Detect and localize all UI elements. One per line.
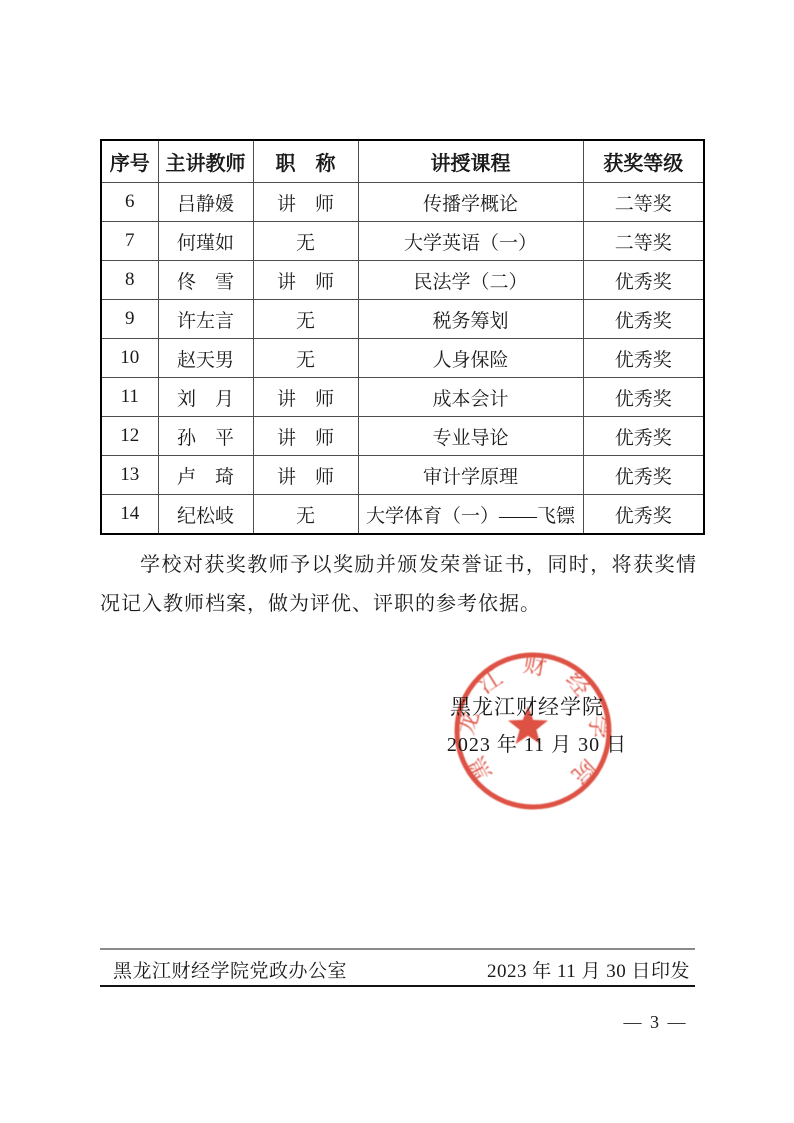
table-cell: 优秀奖 <box>583 456 704 495</box>
table-cell: 二等奖 <box>583 222 704 261</box>
table-cell: 优秀奖 <box>583 417 704 456</box>
table-cell: 专业导论 <box>358 417 583 456</box>
table-row: 14 纪松岐 无 大学体育（一）——飞镖 优秀奖 <box>101 495 704 535</box>
table-cell: 赵天男 <box>158 339 253 378</box>
table-header-row: 序号 主讲教师 职 称 讲授课程 获奖等级 <box>101 140 704 183</box>
table-cell: 大学英语（一） <box>358 222 583 261</box>
table-cell: 人身保险 <box>358 339 583 378</box>
table-cell: 许左言 <box>158 300 253 339</box>
table-cell: 讲 师 <box>253 417 358 456</box>
table-cell: 佟 雪 <box>158 261 253 300</box>
table-cell: 何瑾如 <box>158 222 253 261</box>
table-cell: 二等奖 <box>583 183 704 222</box>
table-cell: 11 <box>101 378 158 417</box>
table-row: 7 何瑾如 无 大学英语（一） 二等奖 <box>101 222 704 261</box>
header-teacher: 主讲教师 <box>158 140 253 183</box>
table-row: 6 吕静媛 讲 师 传播学概论 二等奖 <box>101 183 704 222</box>
table-cell: 讲 师 <box>253 378 358 417</box>
table-cell: 税务筹划 <box>358 300 583 339</box>
header-serial: 序号 <box>101 140 158 183</box>
award-table: 序号 主讲教师 职 称 讲授课程 获奖等级 6 吕静媛 讲 师 传播学概论 二等… <box>100 139 705 535</box>
table-cell: 讲 师 <box>253 261 358 300</box>
table-cell: 成本会计 <box>358 378 583 417</box>
table-cell: 6 <box>101 183 158 222</box>
table-cell: 优秀奖 <box>583 300 704 339</box>
table-cell: 卢 琦 <box>158 456 253 495</box>
footer-print-date: 2023 年 11 月 30 日印发 <box>395 956 690 983</box>
table-cell: 无 <box>253 495 358 535</box>
page-number: — 3 — <box>598 1012 713 1033</box>
body-paragraph: 学校对获奖教师予以奖励并颁发荣誉证书，同时，将获奖情况记入教师档案，做为评优、评… <box>100 546 697 624</box>
table-cell: 优秀奖 <box>583 378 704 417</box>
footer-issuing-office: 黑龙江财经学院党政办公室 <box>113 956 347 983</box>
footer-rule-top <box>100 948 695 950</box>
header-award: 获奖等级 <box>583 140 704 183</box>
signature-date: 2023 年 11 月 30 日 <box>417 728 657 757</box>
table-cell: 优秀奖 <box>583 495 704 535</box>
table-cell: 民法学（二） <box>358 261 583 300</box>
table-cell: 优秀奖 <box>583 339 704 378</box>
table-cell: 讲 师 <box>253 183 358 222</box>
table-cell: 8 <box>101 261 158 300</box>
signature-org: 黑龙江财经学院 <box>407 691 647 721</box>
document-page: 序号 主讲教师 职 称 讲授课程 获奖等级 6 吕静媛 讲 师 传播学概论 二等… <box>0 0 794 1123</box>
table-row: 10 赵天男 无 人身保险 优秀奖 <box>101 339 704 378</box>
table-cell: 优秀奖 <box>583 261 704 300</box>
table-cell: 审计学原理 <box>358 456 583 495</box>
table-cell: 10 <box>101 339 158 378</box>
table-cell: 无 <box>253 300 358 339</box>
table-row: 12 孙 平 讲 师 专业导论 优秀奖 <box>101 417 704 456</box>
table-cell: 大学体育（一）——飞镖 <box>358 495 583 535</box>
table-row: 8 佟 雪 讲 师 民法学（二） 优秀奖 <box>101 261 704 300</box>
table-cell: 吕静媛 <box>158 183 253 222</box>
table-row: 9 许左言 无 税务筹划 优秀奖 <box>101 300 704 339</box>
header-course: 讲授课程 <box>358 140 583 183</box>
table-cell: 14 <box>101 495 158 535</box>
footer-rule-bottom <box>100 985 695 987</box>
table-cell: 13 <box>101 456 158 495</box>
table-cell: 孙 平 <box>158 417 253 456</box>
table-cell: 12 <box>101 417 158 456</box>
table-cell: 刘 月 <box>158 378 253 417</box>
table-cell: 9 <box>101 300 158 339</box>
table-cell: 无 <box>253 339 358 378</box>
table-cell: 无 <box>253 222 358 261</box>
table-cell: 讲 师 <box>253 456 358 495</box>
table-cell: 纪松岐 <box>158 495 253 535</box>
header-title: 职 称 <box>253 140 358 183</box>
table-cell: 7 <box>101 222 158 261</box>
table-row: 13 卢 琦 讲 师 审计学原理 优秀奖 <box>101 456 704 495</box>
table-row: 11 刘 月 讲 师 成本会计 优秀奖 <box>101 378 704 417</box>
table-cell: 传播学概论 <box>358 183 583 222</box>
